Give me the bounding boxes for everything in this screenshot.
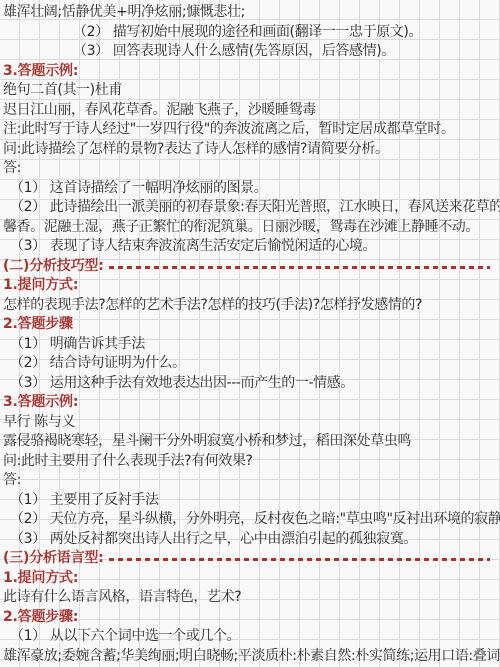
text-line: 绝句二首(其一)杜甫 [0, 81, 500, 101]
text-line: 怎样的表现手法?怎样的艺术手法?怎样的技巧(手法)?怎样抒发感情的? [0, 296, 500, 316]
text-line: 注:此时写于诗人经过"一岁四行役"的奔波流离之后，暂时定居成都草堂时。 [0, 120, 500, 140]
text-line: （1） 这首诗描绘了一幅明净炫丽的图景。 [0, 179, 500, 199]
text-line: 答: [0, 159, 500, 179]
text-line: （1） 从以下六个词中选一个或几个。 [0, 627, 500, 647]
text-line: 此诗有什么语言风格，语言特色，艺术? [0, 588, 500, 608]
section-header: (三)分析语言型: [0, 549, 500, 569]
text-line: 答: [0, 471, 500, 491]
text-line: （3） 表现了诗人结束奔波流离生活安定后愉悦闲适的心境。 [0, 237, 500, 257]
text-line: （3） 回答表现诗人什么感情(先答原因，后答感情)。 [0, 42, 500, 62]
section-header: (二)分析技巧型: [0, 257, 500, 277]
text-line: （3） 两处反衬都突出诗人出行之早，心中由漂泊引起的孤独寂寞。 [0, 530, 500, 550]
notebook-page: 雄浑壮阔;恬静优美+明净炫丽;慷慨悲壮;（2） 描写初始中展现的途径和画面(翻译… [0, 0, 500, 667]
document-lines: 雄浑壮阔;恬静优美+明净炫丽;慷慨悲壮;（2） 描写初始中展现的途径和画面(翻译… [0, 3, 500, 666]
heading-line: 2.答题步骤: [0, 608, 500, 628]
heading-line: 1.提问方式: [0, 276, 500, 296]
dashed-divider [109, 266, 490, 269]
text-line: （2） 描写初始中展现的途径和画面(翻译一一忠于原文)。 [0, 23, 500, 43]
heading-line: 3.答题示例: [0, 393, 500, 413]
text-line: 迟日江山丽，春风花草香。泥融飞燕子，沙暖睡鸳毒 [0, 101, 500, 121]
text-line: 早行 陈与义 [0, 413, 500, 433]
text-line: （1） 主要用了反衬手法 [0, 491, 500, 511]
section-title: (二)分析技巧型: [3, 257, 104, 277]
dashed-divider [109, 558, 490, 561]
text-line: （2） 此诗描绘出一派美丽的初春景象:春天阳光普照，江水映日，春风送来花草的 [0, 198, 500, 218]
text-line: （2） 结合诗句证明为什么。 [0, 354, 500, 374]
text-line: 问:此时主要用了什么表现手法?有何效果? [0, 452, 500, 472]
text-line: 雄浑壮阔;恬静优美+明净炫丽;慷慨悲壮; [0, 3, 500, 23]
heading-line: 3.答题示例: [0, 62, 500, 82]
section-title: (三)分析语言型: [3, 549, 104, 569]
text-line: 露侵骆褐晓寒轻，星斗阑干分外明寂寞小桥和梦过，稻田深处草虫鸣 [0, 432, 500, 452]
heading-line: 2.答题步骤 [0, 315, 500, 335]
text-line: 雄浑豪放;委婉含蓄;华美绚丽;明白晓畅;平淡质朴:朴素自然:朴实简练;运用口语:… [0, 647, 500, 667]
heading-line: 1.提问方式: [0, 569, 500, 589]
text-line: （1） 明确告诉其手法 [0, 335, 500, 355]
text-line: （3） 运用这种手法有效地表达出因---而产生的一-情感。 [0, 374, 500, 394]
text-line: 问:此诗描绘了怎样的景物?表达了诗人怎样的感情?请简要分析。 [0, 140, 500, 160]
text-line: 馨香。泥融土湿，燕子正繁忙的衔泥筑巢。日丽沙暖，鸳毒在沙滩上静睡不动。 [0, 218, 500, 238]
text-line: （2） 天位方亮，星斗纵横，分外明亮，反村夜色之暗:"草虫鸣"反衬出环境的寂静。 [0, 510, 500, 530]
